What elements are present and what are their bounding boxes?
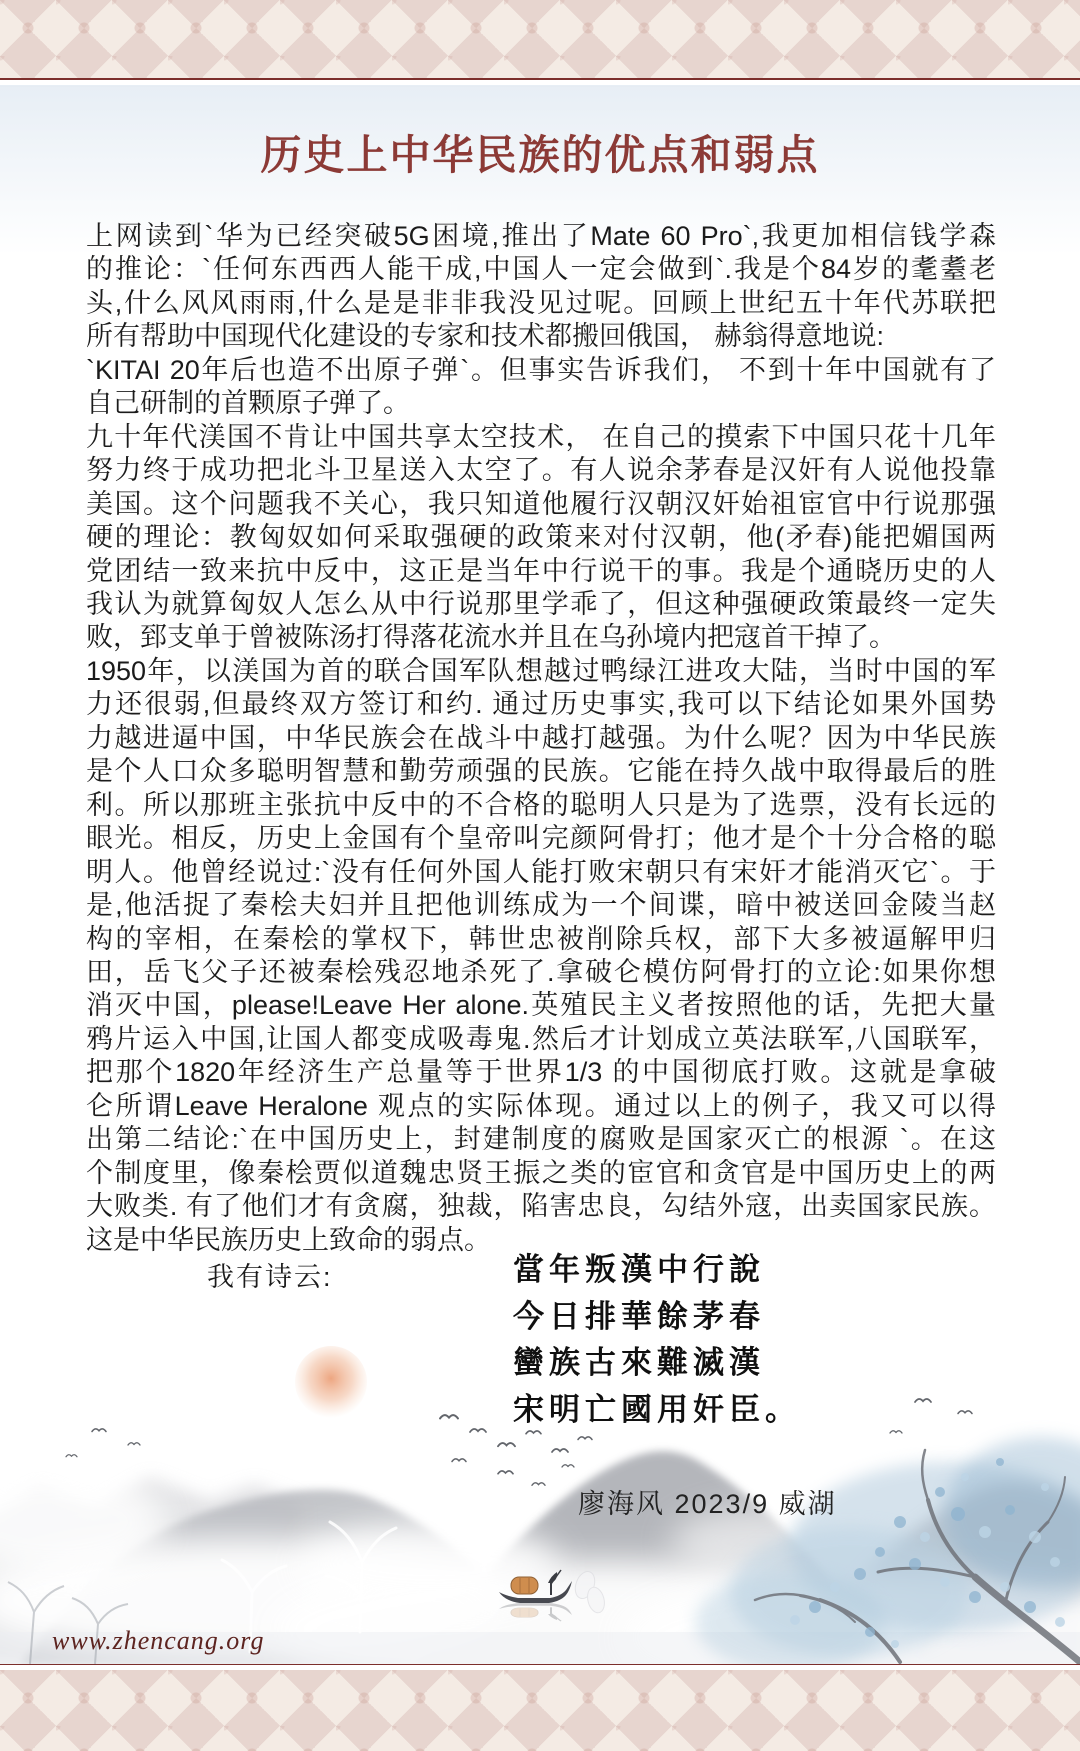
body-line: 出第二结论:`在中国历史上，封建制度的腐败是国家灭亡的根源 `。在这 bbox=[86, 1123, 996, 1156]
poem-intro-label: 我有诗云: bbox=[207, 1255, 333, 1294]
poem-line: 當年叛漢中行說 bbox=[513, 1247, 801, 1294]
body-line: 鸦片运入中国,让国人都变成吸毒鬼.然后才计划成立英法联军,八国联军， bbox=[86, 1023, 996, 1056]
poem-block: 當年叛漢中行說 今日排華餘茅春 蠻族古來難滅漢 宋明亡國用奸臣。 bbox=[513, 1247, 801, 1433]
body-line: 我认为就算匈奴人怎么从中行说那里学乖了，但这种强硬政策最终一定失 bbox=[86, 588, 996, 621]
document-page: 历史上中华民族的优点和弱点 上网读到`华为已经突破5G困境,推出了Mate 60… bbox=[0, 0, 1080, 1751]
body-line: 自己研制的首颗原子弹了。 bbox=[86, 387, 996, 420]
body-line: 把那个1820年经济生产总量等于世界1/3 的中国彻底打败。这就是拿破 bbox=[86, 1056, 996, 1089]
body-line: 美国。这个问题我不关心，我只知道他履行汉朝汉奸始祖宦官中行说那强 bbox=[86, 488, 996, 521]
sun-graphic bbox=[295, 1346, 367, 1418]
page-title: 历史上中华民族的优点和弱点 bbox=[0, 122, 1080, 181]
body-line: 力还很弱,但最终双方签订和约. 通过历史事实,我可以下结论如果外国势 bbox=[86, 688, 996, 721]
bottom-border-pattern bbox=[0, 1670, 1080, 1751]
body-line: 1950年，以渼国为首的联合国军队想越过鸭绿江进攻大陆，当时中国的军 bbox=[86, 655, 996, 688]
body-line: 硬的理论：教匈奴如何采取强硬的政策来对付汉朝，他(矛春)能把媚国两 bbox=[86, 521, 996, 554]
top-border-pattern bbox=[0, 0, 1080, 78]
body-line: 是个人口众多聪明智慧和勤劳顽强的民族。它能在持久战中取得最后的胜 bbox=[86, 755, 996, 788]
body-line: `KITAI 20年后也造不出原子弹`。但事实告诉我们， 不到十年中国就有了 bbox=[86, 354, 996, 387]
body-line: 头,什么风风雨雨,什么是是非非我没见过呢。回顾上世纪五十年代苏联把 bbox=[86, 287, 996, 320]
poem-line: 今日排華餘茅春 bbox=[513, 1294, 801, 1341]
body-line: 田，岳飞父子还被秦桧残忍地杀死了.拿破仑模仿阿骨打的立论:如果你想 bbox=[86, 956, 996, 989]
body-line: 党团结一致来抗中反中，这正是当年中行说干的事。我是个通晓历史的人 bbox=[86, 555, 996, 588]
body-line: 构的宰相，在秦桧的掌权下，韩世忠被削除兵权，部下大多被逼解甲归 bbox=[86, 923, 996, 956]
poem-line: 宋明亡國用奸臣。 bbox=[513, 1387, 801, 1434]
body-line: 仑所谓Leave Heralone 观点的实际体现。通过以上的例子，我又可以得 bbox=[86, 1090, 996, 1123]
body-line: 眼光。相反，历史上金国有个皇帝叫完颜阿骨打；他才是个十分合格的聪 bbox=[86, 822, 996, 855]
essay-body: 上网读到`华为已经突破5G困境,推出了Mate 60 Pro`,我更加相信钱学森… bbox=[86, 220, 996, 1257]
body-line: 消灭中国，please!Leave Her alone.英殖民主义者按照他的话，… bbox=[86, 989, 996, 1022]
body-line: 力越进逼中国，中华民族会在战斗中越打越强。为什么呢？因为中华民族 bbox=[86, 722, 996, 755]
signature: 廖海风 2023/9 威湖 bbox=[578, 1482, 837, 1521]
poem-line: 蠻族古來難滅漢 bbox=[513, 1340, 801, 1387]
site-url: www.zhencang.org bbox=[52, 1626, 264, 1656]
body-line: 个制度里，像秦桧贾似道魏忠贤王振之类的宦官和贪官是中国历史上的两 bbox=[86, 1157, 996, 1190]
body-line: 败，郅支单于曾被陈汤打得落花流水并且在乌孙境内把寇首干掉了。 bbox=[86, 621, 996, 654]
body-line: 九十年代渼国不肯让中国共享太空技术， 在自己的摸索下中国只花十几年 bbox=[86, 421, 996, 454]
body-line: 努力终于成功把北斗卫星送入太空了。有人说余茅春是汉奸有人说他投靠 bbox=[86, 454, 996, 487]
body-line: 大败类. 有了他们才有贪腐，独裁，陷害忠良，勾结外寇，出卖国家民族。 bbox=[86, 1190, 996, 1223]
body-line: 上网读到`华为已经突破5G困境,推出了Mate 60 Pro`,我更加相信钱学森 bbox=[86, 220, 996, 253]
body-line: 的推论：`任何东西西人能干成,中国人一定会做到`.我是个84岁的耄耋老 bbox=[86, 253, 996, 286]
body-line: 明人。他曾经说过:`没有任何外国人能打败宋朝只有宋奸才能消灭它`。于 bbox=[86, 856, 996, 889]
body-line: 利。所以那班主张抗中反中的不合格的聪明人只是为了选票，没有长远的 bbox=[86, 789, 996, 822]
body-line: 所有帮助中国现代化建设的专家和技术都搬回俄国， 赫翁得意地说: bbox=[86, 320, 996, 353]
body-line: 是,他活捉了秦桧夫妇并且把他训练成为一个间谍，暗中被送回金陵当赵 bbox=[86, 889, 996, 922]
